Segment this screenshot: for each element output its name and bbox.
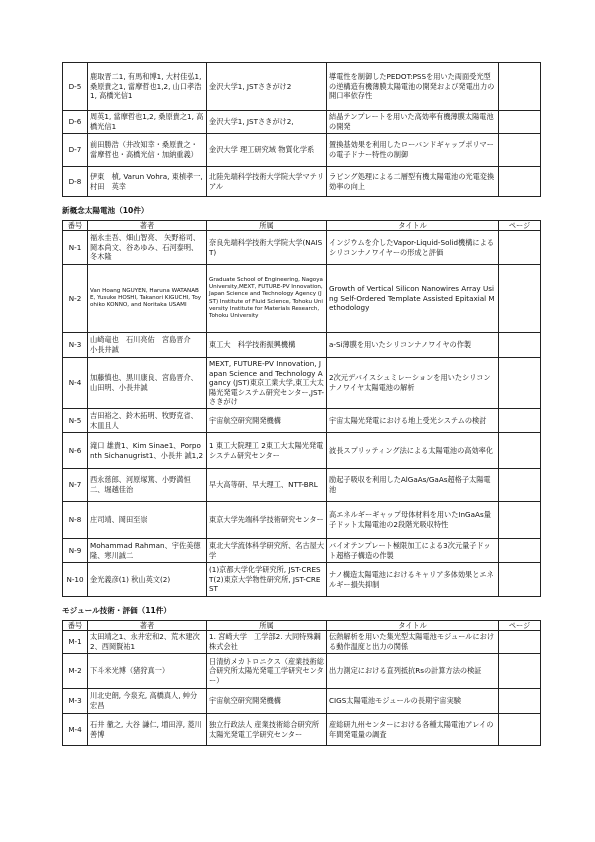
- header-author: 著者: [88, 221, 207, 231]
- cell-page: [499, 167, 541, 197]
- cell-page: [499, 134, 541, 167]
- cell-page: [499, 333, 541, 358]
- cell-num: N-7: [63, 469, 88, 502]
- cell-title: 結晶テンプレートを用いた高効率有機薄膜太陽電池の開発: [327, 111, 499, 134]
- cell-author: 山崎竜也 石川亮佑 宮島晋介 小長井誠: [88, 333, 207, 358]
- cell-author: 石井 徹之, 大谷 謙仁, 増田淳, 菱川 善博: [88, 714, 207, 746]
- cell-author: 庄司靖、岡田至崇: [88, 502, 207, 539]
- cell-affiliation: 宇宙航空研究開発機構: [207, 409, 327, 433]
- table-row: N-8庄司靖、岡田至崇東京大学先端科学技術研究センター高エネルギーギャップ母体材…: [63, 502, 541, 539]
- table-row: M-4石井 徹之, 大谷 謙仁, 増田淳, 菱川 善博独立行政法人 産業技術総合…: [63, 714, 541, 746]
- cell-author: 西永慈郎、河原塚篤、小野満恒二、堀越佳治: [88, 469, 207, 502]
- cell-title: バイオテンプレート極限加工による3次元量子ドット超格子構造の作製: [327, 539, 499, 563]
- cell-author: 周英1, 當摩哲也1,2, 桑原貴之1, 高橋光信1: [88, 111, 207, 134]
- table-row: N-3山崎竜也 石川亮佑 宮島晋介 小長井誠東工大 科学技術振興機構a-Si薄膜…: [63, 333, 541, 358]
- cell-affiliation: 奈良先端科学技術大学院大学(NAIST): [207, 231, 327, 265]
- cell-author: Van Hoang NGUYEN, Haruna WATANABE, Yusuk…: [88, 265, 207, 333]
- cell-affiliation: 独立行政法人 産業技術総合研究所 太陽光発電工学研究センター: [207, 714, 327, 746]
- new-concept-table: 番号 著者 所属 タイトル ページ N-1福永圭吾、畑山智亮、 矢野裕司、 岡本…: [62, 220, 541, 597]
- header-num: 番号: [63, 221, 88, 231]
- table-row: N-6滝口 雄貴1、Kim Sinae1、Porponth Sichanugri…: [63, 433, 541, 469]
- cell-author: 金光義彦(1) 秋山英文(2): [88, 563, 207, 597]
- cell-page: [499, 714, 541, 746]
- header-num: 番号: [63, 621, 88, 631]
- cell-num: D-8: [63, 167, 88, 197]
- cell-num: D-5: [63, 63, 88, 111]
- cell-title: ナノ構造太陽電池におけるキャリア多体効果とエネルギー損失抑制: [327, 563, 499, 597]
- cell-num: D-6: [63, 111, 88, 134]
- cell-author: 川北史朗, 今泉充, 高橋真人, 艸分宏昌: [88, 689, 207, 714]
- cell-page: [499, 433, 541, 469]
- cell-num: N-9: [63, 539, 88, 563]
- cell-author: 福永圭吾、畑山智亮、 矢野裕司、 岡本尚文、谷あゆみ、石河泰明、冬木隆: [88, 231, 207, 265]
- cell-page: [499, 111, 541, 134]
- cell-num: N-3: [63, 333, 88, 358]
- cell-num: D-7: [63, 134, 88, 167]
- cell-title: a-Si薄膜を用いたシリコンナノワイヤの作製: [327, 333, 499, 358]
- cell-author: 伊東 楨, Varun Vohra, 東楨孝一, 村田 英幸: [88, 167, 207, 197]
- cell-title: CIGS太陽電池モジュールの長期宇宙実験: [327, 689, 499, 714]
- cell-affiliation: MEXT, FUTURE-PV Innovation, Japan Scienc…: [207, 358, 327, 409]
- cell-num: N-4: [63, 358, 88, 409]
- table-row: D-6周英1, 當摩哲也1,2, 桑原貴之1, 高橋光信1金沢大学1, JSTさ…: [63, 111, 541, 134]
- cell-title: 導電性を制御したPEDOT:PSSを用いた両面受光型の逆構造有機薄膜太陽電池の開…: [327, 63, 499, 111]
- cell-title: 波長スプリッティング法による太陽電池の高効率化: [327, 433, 499, 469]
- cell-page: [499, 231, 541, 265]
- table-row: N-7西永慈郎、河原塚篤、小野満恒二、堀越佳治早大高等研、早大理工、NTT-BR…: [63, 469, 541, 502]
- cell-author: 滝口 雄貴1、Kim Sinae1、Porponth Sichanugrist1…: [88, 433, 207, 469]
- cell-affiliation: 東北大学流体科学研究所、名古屋大学: [207, 539, 327, 563]
- cell-num: M-2: [63, 654, 88, 689]
- cell-title: 励起子吸収を利用したAlGaAs/GaAs超格子太陽電池: [327, 469, 499, 502]
- cell-affiliation: 早大高等研、早大理工、NTT-BRL: [207, 469, 327, 502]
- table-row: D-5鹿取晋二1, 有馬和博1, 大村佳弘1, 桑原貴之1, 當摩哲也1,2, …: [63, 63, 541, 111]
- header-affiliation: 所属: [207, 621, 327, 631]
- section-heading-new-concept: 新概念太陽電池（10件）: [62, 206, 149, 216]
- cell-page: [499, 539, 541, 563]
- module-table: 番号 著者 所属 タイトル ページ M-1太田靖之1、永井宏和2、荒木建次2、西…: [62, 620, 541, 746]
- table-row: M-3川北史朗, 今泉充, 高橋真人, 艸分宏昌宇宙航空研究開発機構CIGS太陽…: [63, 689, 541, 714]
- cell-author: 加藤慎也、黒川康良、宮島晋介、山田明、小長井誠: [88, 358, 207, 409]
- table-row: N-2Van Hoang NGUYEN, Haruna WATANABE, Yu…: [63, 265, 541, 333]
- table-header-row: 番号 著者 所属 タイトル ページ: [63, 621, 541, 631]
- continued-table: D-5鹿取晋二1, 有馬和博1, 大村佳弘1, 桑原貴之1, 當摩哲也1,2, …: [62, 62, 541, 197]
- cell-page: [499, 502, 541, 539]
- cell-page: [499, 631, 541, 654]
- cell-num: M-1: [63, 631, 88, 654]
- cell-num: N-5: [63, 409, 88, 433]
- header-page: ページ: [499, 221, 541, 231]
- section-heading-module: モジュール技術・評価（11件）: [62, 606, 171, 616]
- cell-author: 前田勝浩（井改知幸・桑原貴之・當摩哲也・高橋光信・加納重義）: [88, 134, 207, 167]
- cell-num: N-10: [63, 563, 88, 597]
- cell-page: [499, 654, 541, 689]
- header-title: タイトル: [327, 621, 499, 631]
- cell-title: ラビング処理による二層型有機太陽電池の光電変換効率の向上: [327, 167, 499, 197]
- cell-affiliation: 1 東工大院理工 2東工大太陽光発電システム研究センター: [207, 433, 327, 469]
- cell-num: N-6: [63, 433, 88, 469]
- cell-author: Mohammad Rahman、宇佐美徳隆、寒川誠二: [88, 539, 207, 563]
- cell-num: M-4: [63, 714, 88, 746]
- cell-author: 鹿取晋二1, 有馬和博1, 大村佳弘1, 桑原貴之1, 當摩哲也1,2, 山口孝…: [88, 63, 207, 111]
- cell-affiliation: 1. 宮崎大学 工学部2. 大同特殊鋼株式会社: [207, 631, 327, 654]
- cell-page: [499, 358, 541, 409]
- table-row: N-5吉田裕之、鈴木拓明、牧野克省、木皿且人宇宙航空研究開発機構宇宙太陽光発電に…: [63, 409, 541, 433]
- table-row: N-1福永圭吾、畑山智亮、 矢野裕司、 岡本尚文、谷あゆみ、石河泰明、冬木隆奈良…: [63, 231, 541, 265]
- cell-title: 出力測定における直列抵抗Rsの計算方法の検証: [327, 654, 499, 689]
- header-title: タイトル: [327, 221, 499, 231]
- cell-num: N-1: [63, 231, 88, 265]
- table-row: M-2下斗米光博（猪狩真一）日清紡メカトロニクス（産業技術総合研究所太陽光発電工…: [63, 654, 541, 689]
- cell-affiliation: (1)京都大学化学研究所, JST-CREST(2)東京大学物性研究所, JST…: [207, 563, 327, 597]
- cell-title: 置換基効果を利用したローバンドギャップポリマーの電子ドナー特性の制御: [327, 134, 499, 167]
- cell-page: [499, 469, 541, 502]
- cell-num: N-8: [63, 502, 88, 539]
- cell-page: [499, 63, 541, 111]
- cell-affiliation: 日清紡メカトロニクス（産業技術総合研究所太陽光発電工学研究センター）: [207, 654, 327, 689]
- cell-title: インジウムを介したVapor-Liquid-Solid機構によるシリコンナノワイ…: [327, 231, 499, 265]
- cell-affiliation: 金沢大学1, JSTさきがけ2,: [207, 111, 327, 134]
- header-affiliation: 所属: [207, 221, 327, 231]
- cell-title: 高エネルギーギャップ母体材料を用いたInGaAs量子ドット太陽電池の2段階光吸収…: [327, 502, 499, 539]
- cell-affiliation: 宇宙航空研究開発機構: [207, 689, 327, 714]
- table-row: M-1太田靖之1、永井宏和2、荒木建次2、西岡賢祐11. 宮崎大学 工学部2. …: [63, 631, 541, 654]
- cell-page: [499, 409, 541, 433]
- cell-affiliation: 東京大学先端科学技術研究センター: [207, 502, 327, 539]
- table-row: N-9Mohammad Rahman、宇佐美徳隆、寒川誠二東北大学流体科学研究所…: [63, 539, 541, 563]
- cell-title: 宇宙太陽光発電における地上受光システムの検討: [327, 409, 499, 433]
- cell-author: 太田靖之1、永井宏和2、荒木建次2、西岡賢祐1: [88, 631, 207, 654]
- cell-title: 2次元デバイスシュミレーションを用いたシリコンナノワイヤ太陽電池の解析: [327, 358, 499, 409]
- cell-author: 吉田裕之、鈴木拓明、牧野克省、木皿且人: [88, 409, 207, 433]
- cell-affiliation: Graduate School of Engineering, Nagoya U…: [207, 265, 327, 333]
- table-row: D-8伊東 楨, Varun Vohra, 東楨孝一, 村田 英幸北陸先端科学技…: [63, 167, 541, 197]
- cell-page: [499, 689, 541, 714]
- cell-page: [499, 563, 541, 597]
- header-page: ページ: [499, 621, 541, 631]
- cell-num: M-3: [63, 689, 88, 714]
- cell-author: 下斗米光博（猪狩真一）: [88, 654, 207, 689]
- header-author: 著者: [88, 621, 207, 631]
- table-row: N-4加藤慎也、黒川康良、宮島晋介、山田明、小長井誠MEXT, FUTURE-P…: [63, 358, 541, 409]
- cell-title: Growth of Vertical Silicon Nanowires Arr…: [327, 265, 499, 333]
- cell-affiliation: 金沢大学1, JSTさきがけ2: [207, 63, 327, 111]
- cell-affiliation: 金沢大学 理工研究域 物質化学系: [207, 134, 327, 167]
- cell-affiliation: 東工大 科学技術振興機構: [207, 333, 327, 358]
- cell-num: N-2: [63, 265, 88, 333]
- cell-title: 伝熱解析を用いた集光型太陽電池モジュールにおける動作温度と出力の関係: [327, 631, 499, 654]
- table-header-row: 番号 著者 所属 タイトル ページ: [63, 221, 541, 231]
- cell-affiliation: 北陸先端科学技術大学院大学マテリアル: [207, 167, 327, 197]
- table-row: D-7前田勝浩（井改知幸・桑原貴之・當摩哲也・高橋光信・加納重義）金沢大学 理工…: [63, 134, 541, 167]
- table-row: N-10金光義彦(1) 秋山英文(2)(1)京都大学化学研究所, JST-CRE…: [63, 563, 541, 597]
- cell-page: [499, 265, 541, 333]
- cell-title: 産総研九州センターにおける各種太陽電池アレイの年間発電量の調査: [327, 714, 499, 746]
